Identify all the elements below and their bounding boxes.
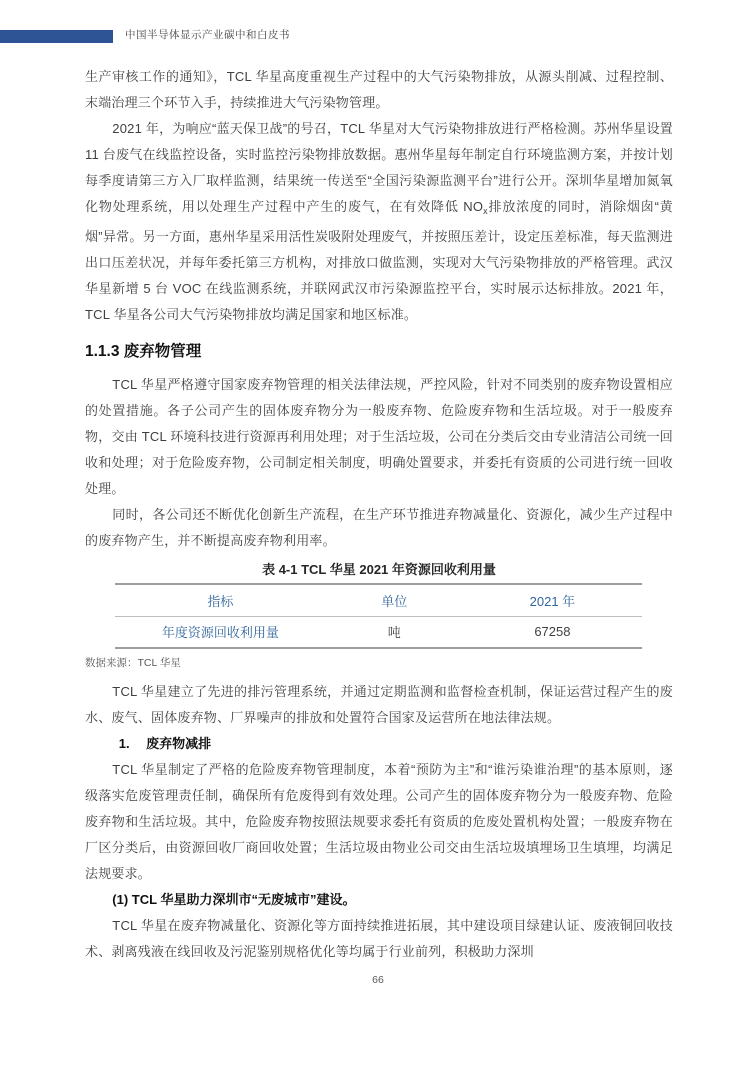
section-heading-1-1-3: 1.1.3 废弃物管理 <box>85 340 673 364</box>
list-heading-waste-reduction: 1.废弃物减排 <box>85 731 673 757</box>
table-header-unit: 单位 <box>326 584 463 616</box>
paragraph-zero-waste-progress: TCL 华星在废弃物减量化、资源化等方面持续推进拓展，其中建设项目绿建认证、废液… <box>85 913 673 965</box>
resource-recovery-table: 指标 单位 2021 年 年度资源回收利用量 吨 67258 <box>115 583 642 649</box>
paragraph-waste-regulations: TCL 华星严格遵守国家废弃物管理的相关法律法规，严控风险，针对不同类别的废弃物… <box>85 372 673 502</box>
subheading-zero-waste-city: (1) TCL 华星助力深圳市“无废城市”建设。 <box>85 887 673 913</box>
paragraph-text: 排放浓度的同时，消除烟囱“黄烟”异常。另一方面，惠州华星采用活性炭吸附处理废气，… <box>85 199 673 322</box>
page-number: 66 <box>0 974 756 986</box>
table-cell-unit: 吨 <box>326 616 463 648</box>
page-content: 生产审核工作的通知》，TCL 华星高度重视生产过程中的大气污染物排放，从源头削减… <box>85 64 673 965</box>
table-cell-value: 67258 <box>463 616 642 648</box>
paragraph-waste-reduction-intro: 同时，各公司还不断优化创新生产流程，在生产环节推进弃物减量化、资源化，减少生产过… <box>85 502 673 554</box>
list-number: 1. <box>119 731 146 757</box>
table-row: 年度资源回收利用量 吨 67258 <box>115 616 642 648</box>
header-title: 中国半导体显示产业碳中和白皮书 <box>125 28 290 43</box>
paragraph-audit-notice: 生产审核工作的通知》，TCL 华星高度重视生产过程中的大气污染物排放，从源头削减… <box>85 64 673 116</box>
table-header-row: 指标 单位 2021 年 <box>115 584 642 616</box>
table-caption: 表 4-1 TCL 华星 2021 年资源回收利用量 <box>85 560 673 580</box>
table-header-metric: 指标 <box>115 584 326 616</box>
header-accent-bar <box>0 30 113 43</box>
paragraph-air-monitoring-2021: 2021 年，为响应“蓝天保卫战”的号召，TCL 华星对大气污染物排放进行严格检… <box>85 116 673 328</box>
paragraph-hazardous-waste-system: TCL 华星制定了严格的危险废弃物管理制度，本着“预防为主”和“谁污染谁治理”的… <box>85 757 673 887</box>
paragraph-discharge-management: TCL 华星建立了先进的排污管理系统，并通过定期监测和监督检查机制，保证运营过程… <box>85 679 673 731</box>
table-source-note: 数据来源：TCL 华星 <box>85 655 673 671</box>
document-page: 中国半导体显示产业碳中和白皮书 生产审核工作的通知》，TCL 华星高度重视生产过… <box>0 0 756 1068</box>
table-cell-metric: 年度资源回收利用量 <box>115 616 326 648</box>
table-header-year: 2021 年 <box>463 584 642 616</box>
list-title: 废弃物减排 <box>146 736 211 751</box>
